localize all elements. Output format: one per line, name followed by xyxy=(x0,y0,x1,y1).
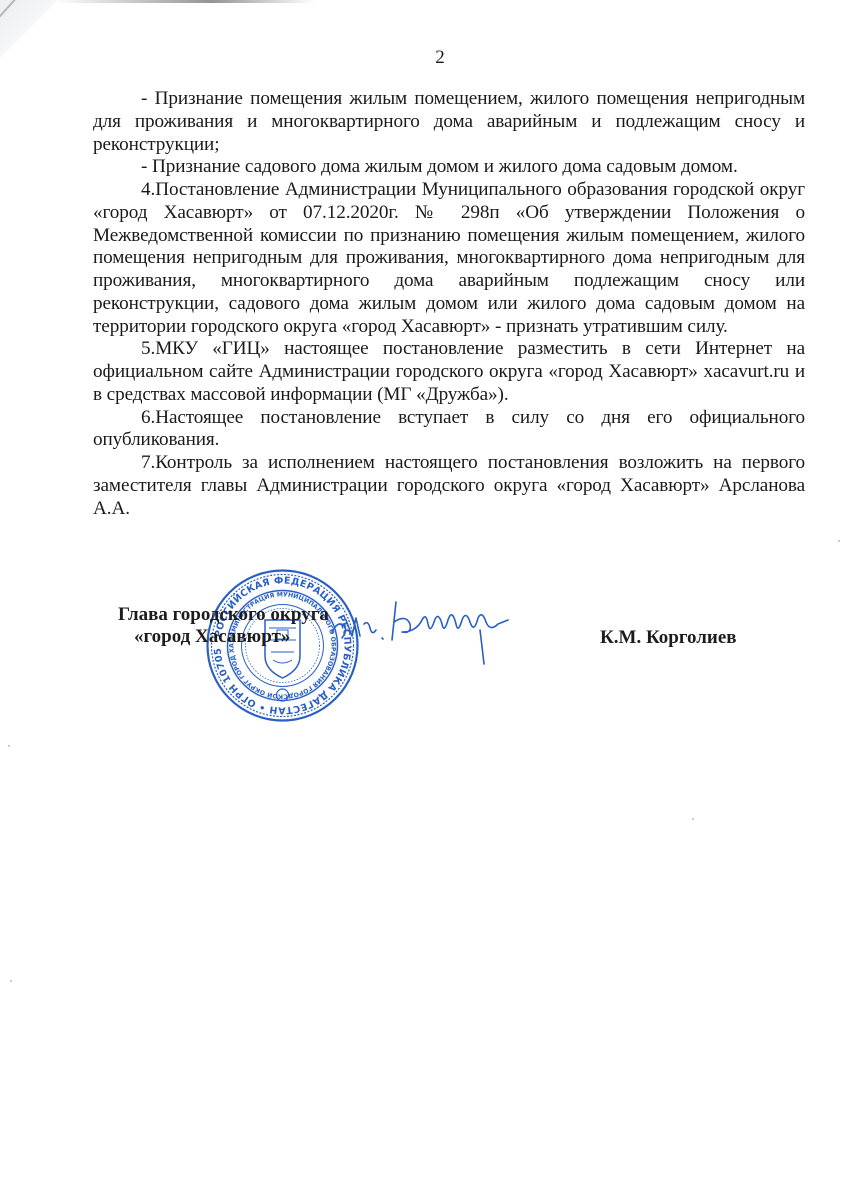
paragraph-item-4: 4.Постановление Администрации Муниципаль… xyxy=(93,179,805,338)
scan-top-shadow xyxy=(55,0,315,3)
page-number: 2 xyxy=(0,47,850,69)
scan-speck xyxy=(838,540,840,542)
paragraph-item-7: 7.Контроль за исполнением настоящего пос… xyxy=(93,452,805,520)
scan-speck xyxy=(692,818,694,820)
paragraph-list-item-2: - Признание садового дома жилым домом и … xyxy=(93,156,805,179)
official-stamp-icon: РОССИЙСКАЯ ФЕДЕРАЦИЯ РЕСПУБЛИКА ДАГЕСТАН… xyxy=(205,568,360,723)
paragraph-list-item-1: - Признание помещения жилым помещением, … xyxy=(93,88,805,156)
paragraph-item-5: 5.МКУ «ГИЦ» настоящее постановление разм… xyxy=(93,338,805,406)
signatory-position-line2: «город Хасавюрт» xyxy=(134,626,290,648)
scan-speck xyxy=(8,745,10,747)
signatory-name: К.М. Корголиев xyxy=(600,627,737,649)
document-body: - Признание помещения жилым помещением, … xyxy=(93,88,805,520)
handwritten-signature-icon xyxy=(330,590,530,670)
scan-speck xyxy=(10,980,12,982)
svg-text:АДМИНИСТРАЦИЯ МУНИЦИПАЛЬНОГО О: АДМИНИСТРАЦИЯ МУНИЦИПАЛЬНОГО ОБРАЗОВАНИЯ… xyxy=(205,568,337,700)
svg-text:РОССИЙСКАЯ ФЕДЕРАЦИЯ РЕСПУБЛИК: РОССИЙСКАЯ ФЕДЕРАЦИЯ РЕСПУБЛИКА ДАГЕСТАН… xyxy=(205,568,353,716)
paragraph-item-6: 6.Настоящее постановление вступает в сил… xyxy=(93,407,805,453)
signatory-position-line1: Глава городского округа xyxy=(118,604,329,626)
